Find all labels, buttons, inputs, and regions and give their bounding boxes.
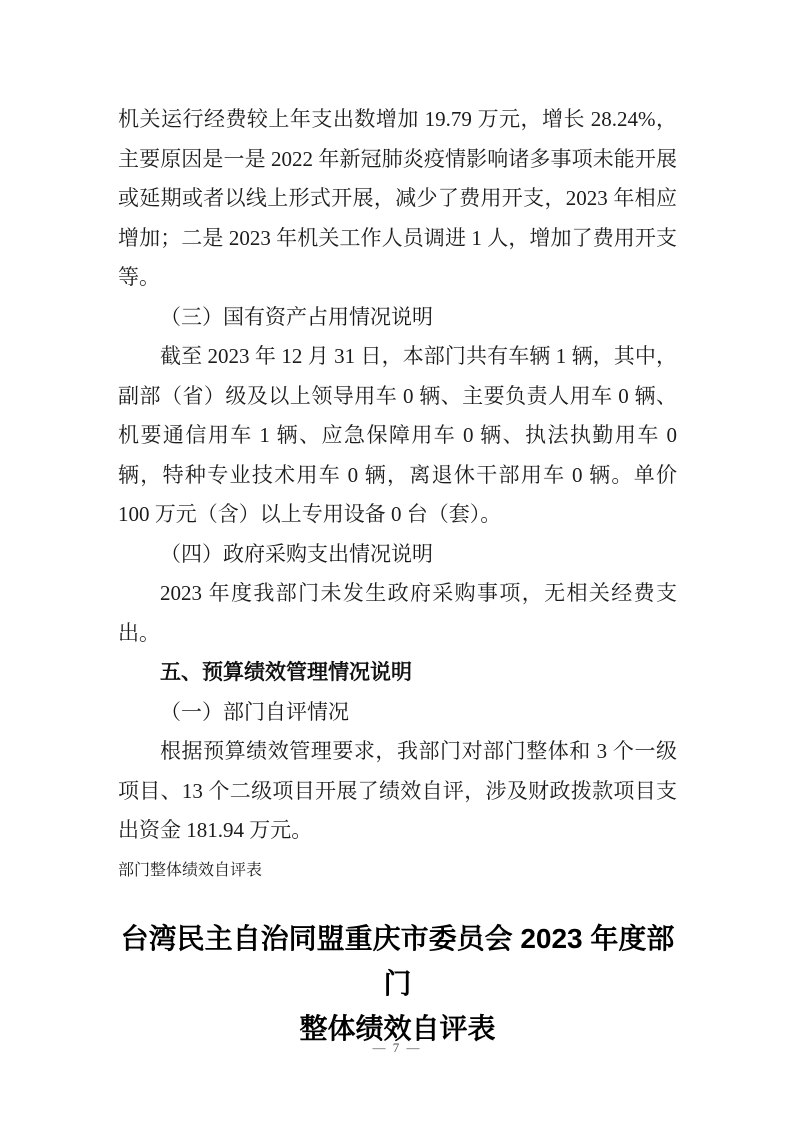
paragraph-operating-expense-continuation: 机关运行经费较上年支出数增加 19.79 万元，增长 28.24%，主要原因是一… [118, 100, 677, 298]
paragraph-government-procurement: 2023 年度我部门未发生政府采购事项，无相关经费支出。 [118, 574, 677, 653]
paragraph-self-evaluation: 根据预算绩效管理要求，我部门对部门整体和 3 个一级项目、13 个二级项目开展了… [118, 732, 677, 851]
table-caption-department-self-evaluation: 部门整体绩效自评表 [118, 851, 677, 891]
section-heading-government-procurement: （四）政府采购支出情况说明 [118, 535, 677, 575]
section-heading-state-assets: （三）国有资产占用情况说明 [118, 298, 677, 338]
section-heading-self-evaluation: （一）部门自评情况 [118, 693, 677, 733]
chapter-heading-budget-performance: 五、预算绩效管理情况说明 [118, 653, 677, 693]
table-title: 台湾民主自治同盟重庆市委员会 2023 年度部门 整体绩效自评表 [118, 916, 677, 1051]
table-title-line-1: 台湾民主自治同盟重庆市委员会 2023 年度部门 [118, 916, 677, 1006]
page-number: — 7 — [0, 1040, 794, 1056]
paragraph-state-assets: 截至 2023 年 12 月 31 日，本部门共有车辆 1 辆，其中，副部（省）… [118, 337, 677, 535]
document-page: 机关运行经费较上年支出数增加 19.79 万元，增长 28.24%，主要原因是一… [0, 0, 794, 1123]
